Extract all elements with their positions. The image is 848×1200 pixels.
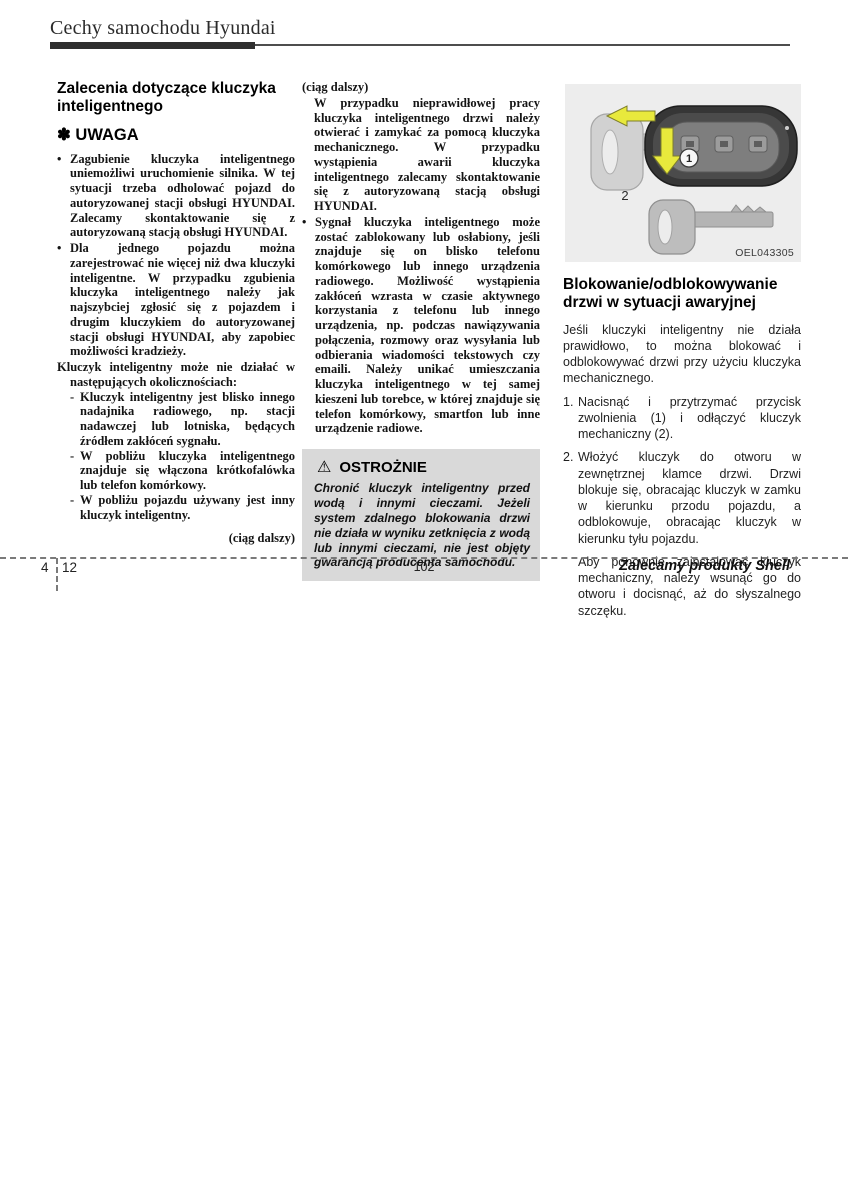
list-item-text: Sygnał kluczyka inteligentnego może zost… <box>315 215 540 436</box>
bullet-icon: • <box>57 152 70 241</box>
continued-label: (ciąg dalszy) <box>302 80 540 95</box>
list-item-text: W pobliżu pojazdu używany jest inny kluc… <box>80 493 295 523</box>
list-item: - W pobliżu pojazdu używany jest inny kl… <box>70 493 295 523</box>
smart-key-illustration: 1 2 <box>565 84 801 262</box>
step-number: 1. <box>563 394 578 443</box>
list-item: - W pobliżu kluczyka inteligentnego znaj… <box>70 449 295 493</box>
column-left: Zalecenia dotyczące kluczyka inteligentn… <box>57 80 295 546</box>
chapter-title: Cechy samochodu Hyundai <box>50 17 276 40</box>
warning-triangle-icon: ⚠ <box>317 460 331 476</box>
dash-icon: - <box>70 493 80 523</box>
header-rule-thick <box>50 42 255 49</box>
caution-title-row: ⚠ OSTROŻNIE <box>317 459 530 476</box>
section-heading-smart-key: Zalecenia dotyczące kluczyka inteligentn… <box>57 80 295 116</box>
continued-note: (ciąg dalszy) <box>57 531 295 546</box>
list-item-text: W pobliżu kluczyka inteligentnego znajdu… <box>80 449 295 493</box>
list-item: - Kluczyk inteligentny jest blisko inneg… <box>70 390 295 449</box>
list-item-text: Dla jednego pojazdu można zarejestrować … <box>70 241 295 359</box>
figure-caption: OEL043305 <box>735 247 794 259</box>
numbered-step: 1. Nacisnąć i przytrzymać przycisk zwoln… <box>563 394 801 443</box>
header-rule-thin <box>255 44 790 46</box>
note-label-uwaga: ✽ UWAGA <box>57 125 295 145</box>
manual-page: Cechy samochodu Hyundai Zalecenia dotycz… <box>0 0 848 1200</box>
caution-title: OSTROŻNIE <box>339 459 427 476</box>
dash-icon: - <box>70 449 80 493</box>
step-text: Włożyć kluczyk do otworu w zewnętrznej k… <box>578 449 801 547</box>
paragraph: Kluczyk inteligentny może nie działać w … <box>57 360 295 390</box>
numbered-step: 2. Włożyć kluczyk do otworu w zewnętrzne… <box>563 449 801 547</box>
paragraph: Jeśli kluczyki inteligentny nie działa p… <box>563 322 801 387</box>
smart-key-figure: 1 2 OEL043305 <box>565 84 801 262</box>
section-heading-emergency-lock: Blokowanie/odblokowywanie drzwi w sytuac… <box>563 276 801 313</box>
column-middle: (ciąg dalszy) W przypadku nieprawidłowej… <box>302 80 540 581</box>
step-text: Nacisnąć i przytrzymać przycisk zwolnien… <box>578 394 801 443</box>
bullet-icon: • <box>57 241 70 359</box>
paragraph: W przypadku nieprawidłowej pracy kluczyk… <box>302 96 540 214</box>
step-number: 2. <box>563 449 578 547</box>
bullet-icon: • <box>302 215 315 436</box>
list-item: • Dla jednego pojazdu można zarejestrowa… <box>57 241 295 359</box>
svg-text:1: 1 <box>686 153 692 165</box>
mechanical-key-removed-icon <box>649 200 773 254</box>
list-item: • Sygnał kluczyka inteligentnego może zo… <box>302 215 540 436</box>
callout-1: 1 <box>680 149 698 167</box>
list-item-text: Zagubienie kluczyka inteligentnego uniem… <box>70 152 295 241</box>
callout-2: 2 <box>621 188 628 203</box>
list-item-text: Kluczyk inteligentny jest blisko innego … <box>80 390 295 449</box>
list-item: • Zagubienie kluczyka inteligentnego uni… <box>57 152 295 241</box>
dash-icon: - <box>70 390 80 449</box>
footer-slogan: Zalecamy produkty Shell <box>619 558 790 574</box>
column-right: 1 2 OEL043305 Blokowanie/odblokowywanie … <box>563 80 801 619</box>
